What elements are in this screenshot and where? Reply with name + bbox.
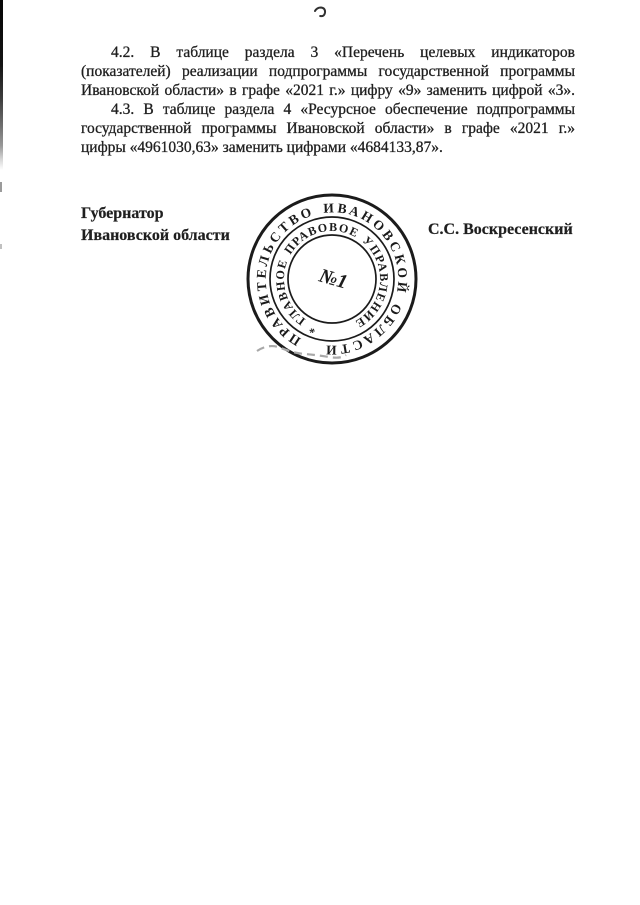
stamp-star-separator: * bbox=[308, 325, 318, 340]
paragraph-4-2: 4.2. В таблице раздела 3 «Перечень целев… bbox=[81, 43, 575, 100]
stamp-center-number: №1 bbox=[316, 264, 350, 293]
paragraph-line: (показателей) реализации подпрограммы го… bbox=[81, 62, 575, 81]
signatory-name: С.С. Воскресенский bbox=[428, 221, 573, 239]
paragraph-line: государственной программы Ивановской обл… bbox=[81, 119, 575, 138]
stamp-seal-graphic: ПРАВИТЕЛЬСТВО ИВАНОВСКОЙ ОБЛАСТИ ГЛАВНОЕ… bbox=[237, 184, 427, 374]
paragraph-line: 4.3. В таблице раздела 4 «Ресурсное обес… bbox=[81, 100, 575, 119]
signatory-title-line2: Ивановской области bbox=[81, 225, 230, 247]
left-edge-scan-dot bbox=[0, 244, 2, 249]
signatory-title-line1: Губернатор bbox=[81, 203, 230, 225]
paragraph-line: цифры «4961030,63» заменить цифрами «468… bbox=[81, 138, 575, 157]
left-edge-scan-artifact bbox=[0, 0, 3, 170]
paragraph-4-3: 4.3. В таблице раздела 4 «Ресурсное обес… bbox=[81, 100, 575, 157]
signatory-title: Губернатор Ивановской области bbox=[81, 203, 230, 247]
paragraph-line: Ивановской области» в графе «2021 г.» ци… bbox=[81, 81, 575, 100]
paragraph-line: 4.2. В таблице раздела 3 «Перечень целев… bbox=[81, 43, 575, 62]
document-body: 4.2. В таблице раздела 3 «Перечень целев… bbox=[81, 43, 575, 157]
left-edge-scan-tick bbox=[0, 182, 2, 192]
page-top-curl-artifact bbox=[314, 6, 329, 21]
official-stamp: ПРАВИТЕЛЬСТВО ИВАНОВСКОЙ ОБЛАСТИ ГЛАВНОЕ… bbox=[237, 184, 427, 374]
